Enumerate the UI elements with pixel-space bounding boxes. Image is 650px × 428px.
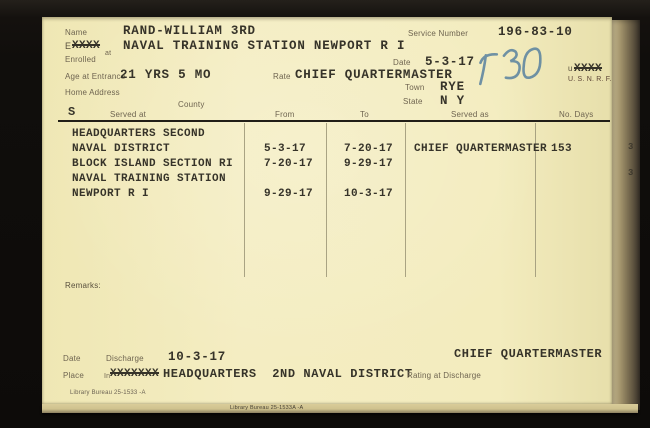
usnrf-struck-word: XXXX [574,64,602,75]
col-to: To [360,111,369,119]
served-at-cell: NEWPORT R I [72,189,149,200]
served-as-cell: CHIEF QUARTERMASTER [414,144,547,155]
discharge-label: Discharge [106,355,144,363]
table-row: HEADQUARTERS SECOND [72,129,610,144]
date-label: Date [393,59,411,67]
handwritten-ink-strokes [474,42,551,88]
naval-service-record-card: Name RAND-WILLIAM 3RD E XXXX at Enrolled… [42,17,612,404]
town-label: Town [405,84,424,92]
handwritten-number: 130 [474,42,552,93]
table-header-rule [58,120,610,122]
rate-value: CHIEF QUARTERMASTER [295,69,453,82]
usnrf-label: U. S. N. R. F. [568,76,612,83]
rating-at-discharge-label: Rating at Discharge [407,372,481,380]
days-cell: 153 [551,144,572,155]
rate-label: Rate [273,73,291,81]
served-at-cell: HEADQUARTERS SECOND [72,129,205,140]
from-cell: 9-29-17 [264,189,313,200]
section-mark: S [68,106,76,118]
discharge-date-value: 10-3-17 [168,351,226,364]
home-address-label: Home Address [65,89,120,97]
enroll-date-value: 5-3-17 [425,56,475,69]
table-row: NEWPORT R I 9-29-17 10-3-17 [72,189,610,204]
col-served-as: Served as [451,111,489,119]
from-cell: 7-20-17 [264,159,313,170]
state-label: State [403,98,423,106]
table-row: NAVAL DISTRICT 5-3-17 7-20-17 CHIEF QUAR… [72,144,610,159]
served-at-cell: BLOCK ISLAND SECTION RI [72,159,233,170]
place-struck-word: XXXXXXX [110,369,159,380]
to-cell: 7-20-17 [344,144,393,155]
enrolled-label: Enrolled [65,56,96,64]
name-label: Name [65,29,87,37]
to-cell: 10-3-17 [344,189,393,200]
at-label: at [105,50,111,57]
scanned-card-photo: Name RAND-WILLIAM 3RD E XXXX at Enrolled… [0,0,650,428]
struck-word: XXXX [72,41,100,52]
edge-mark: 3 [628,142,633,152]
underlying-card-edge: Library Bureau 25-1533A -A [42,404,638,413]
name-value: RAND-WILLIAM 3RD [123,25,256,38]
served-at-cell: NAVAL TRAINING STATION [72,174,226,185]
struck-word-prefix: E [65,42,71,51]
table-row: BLOCK ISLAND SECTION RI 7-20-17 9-29-17 [72,159,610,174]
col-from: From [275,111,294,119]
enrolled-station-value: NAVAL TRAINING STATION NEWPORT R I [123,40,405,53]
strip-printer-code: Library Bureau 25-1533A -A [230,405,303,411]
age-at-entrance-label: Age at Entrance [65,73,125,81]
discharge-place-value: HEADQUARTERS 2ND NAVAL DISTRICT [163,368,413,380]
remarks-label: Remarks: [65,282,101,290]
discharge-date-label: Date [63,355,81,363]
col-no-days: No. Days [559,111,594,119]
table-row: NAVAL TRAINING STATION [72,174,610,189]
town-value: RYE [440,81,465,94]
printer-code: Library Bureau 25-1533 -A [70,390,146,396]
served-at-cell: NAVAL DISTRICT [72,144,170,155]
age-value: 21 YRS 5 MO [120,69,211,82]
service-number-label: Service Number [408,30,468,38]
usnrf-struck-prefix: u [568,65,573,73]
county-label: County [178,101,205,109]
col-served-at: Served at [110,111,146,119]
from-cell: 5-3-17 [264,144,306,155]
place-label: Place [63,372,84,380]
card-stack-edge: 3 3 [612,20,640,410]
state-value: N Y [440,95,465,108]
to-cell: 9-29-17 [344,159,393,170]
service-number-value: 196-83-10 [498,26,573,39]
discharge-rating-value: CHIEF QUARTERMASTER [454,348,602,360]
edge-mark: 3 [628,168,633,178]
